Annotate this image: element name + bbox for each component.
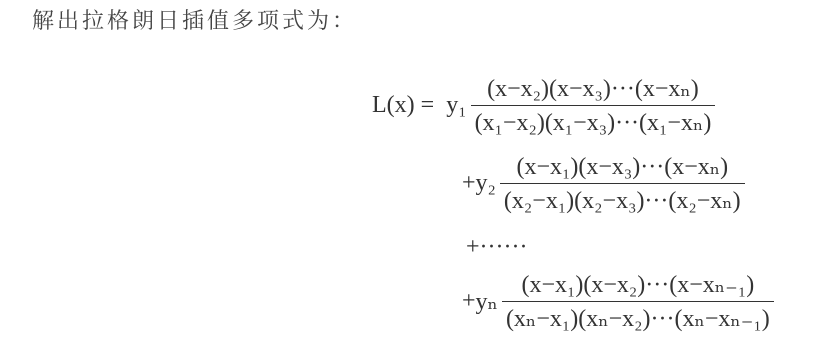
fraction-numerator: (x−x₂)(x−x₃)···(x−xₙ) [483, 74, 703, 105]
formula-lhs: L(x) = [372, 92, 434, 119]
fraction-numerator: (x−x₁)(x−x₃)···(x−xₙ) [512, 152, 732, 183]
formula-term-n: + yₙ (x−x₁)(x−x₂)···(x−xₙ₋₁) (xₙ−x₁)(xₙ−… [462, 270, 774, 333]
fraction-numerator: (x−x₁)(x−x₂)···(x−xₙ₋₁) [518, 270, 759, 301]
intro-text: 解出拉格朗日插值多项式为： [32, 4, 357, 35]
term-sign: + [462, 288, 476, 315]
term-coefficient: y₂ [476, 170, 496, 197]
term-fraction: (x−x₁)(x−x₃)···(x−xₙ) (x₂−x₁)(x₂−x₃)···(… [500, 152, 745, 215]
term-sign: + [462, 170, 476, 197]
term-fraction: (x−x₁)(x−x₂)···(x−xₙ₋₁) (xₙ−x₁)(xₙ−x₂)··… [502, 270, 774, 333]
fraction-denominator: (x₁−x₂)(x₁−x₃)···(x₁−xₙ) [471, 105, 716, 137]
term-coefficient: yₙ [476, 287, 498, 316]
fraction-denominator: (xₙ−x₁)(xₙ−x₂)···(xₙ−xₙ₋₁) [502, 301, 774, 333]
term-fraction: (x−x₂)(x−x₃)···(x−xₙ) (x₁−x₂)(x₁−x₃)···(… [471, 74, 716, 137]
formula-ellipsis: +······ [466, 234, 528, 261]
term-coefficient: y₁ [446, 92, 466, 119]
formula-term-1: L(x) = y₁ (x−x₂)(x−x₃)···(x−xₙ) (x₁−x₂)(… [372, 74, 715, 137]
formula-term-2: + y₂ (x−x₁)(x−x₃)···(x−xₙ) (x₂−x₁)(x₂−x₃… [462, 152, 745, 215]
fraction-denominator: (x₂−x₁)(x₂−x₃)···(x₂−xₙ) [500, 183, 745, 215]
